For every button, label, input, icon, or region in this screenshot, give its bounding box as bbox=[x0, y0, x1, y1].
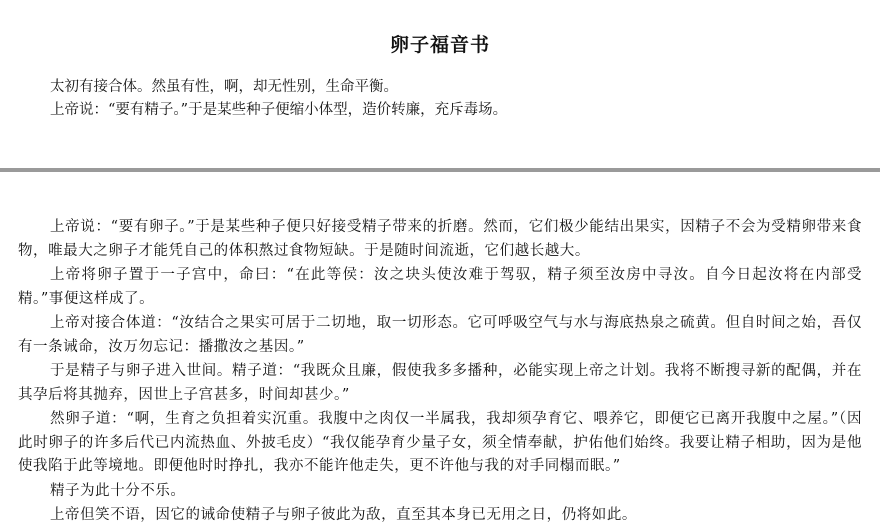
intro-paragraph: 上帝说：“要有精子。”于是某些种子便缩小体型，造价转廉，充斥毒场。 bbox=[50, 99, 870, 122]
body-paragraph: 上帝但笑不语，因它的诫命使精子与卵子彼此为敌，直至其本身已无用之日，仍将如此。 bbox=[18, 504, 862, 524]
body-paragraph: 然卵子道：“啊，生育之负担着实沉重。我腹中之肉仅一半属我，我却须孕育它、喂养它，… bbox=[18, 408, 862, 479]
body-paragraph: 上帝对接合体道：“汝结合之果实可居于二切地，取一切形态。它可呼吸空气与水与海底热… bbox=[18, 312, 862, 359]
body-paragraph: 上帝将卵子置于一子宫中，命曰：“在此等侯：汝之块头使汝难于驾驭，精子须至汝房中寻… bbox=[18, 264, 862, 311]
body-paragraph: 于是精子与卵子进入世间。精子道：“我既众且廉，假使我多多播种，必能实现上帝之计划… bbox=[18, 360, 862, 407]
section-divider bbox=[0, 168, 880, 172]
body-paragraph: 精子为此十分不乐。 bbox=[18, 480, 862, 504]
intro-paragraph: 太初有接合体。然虽有性，啊，却无性别，生命平衡。 bbox=[50, 76, 870, 99]
body-section: 上帝说：“要有卵子。”于是某些种子便只好接受精子带来的折磨。然而，它们极少能结出… bbox=[18, 216, 862, 524]
body-paragraph: 上帝说：“要有卵子。”于是某些种子便只好接受精子带来的折磨。然而，它们极少能结出… bbox=[18, 216, 862, 263]
intro-section: 太初有接合体。然虽有性，啊，却无性别，生命平衡。 上帝说：“要有精子。”于是某些… bbox=[50, 76, 870, 122]
page-title: 卵子福音书 bbox=[0, 31, 880, 59]
